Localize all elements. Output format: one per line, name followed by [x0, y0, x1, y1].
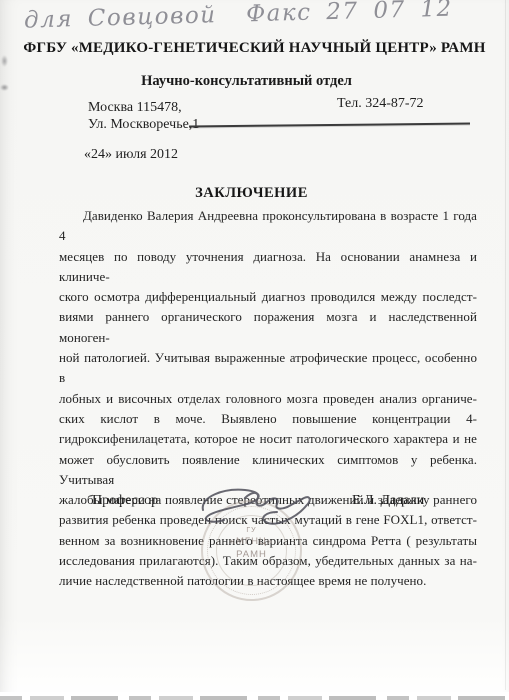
address-line-1: Москва 115478, — [88, 100, 199, 117]
scan-smudge — [0, 84, 9, 91]
body-line: лобных и височных отделах головного мозг… — [59, 389, 477, 409]
body-line: Давиденко Валерия Андреевна проконсульти… — [59, 206, 477, 247]
body-line: виями раннего органического поражения мо… — [59, 307, 477, 348]
signature-flourish — [193, 484, 318, 538]
body-line: ских кислот в моче. Выявлено повышение к… — [59, 409, 477, 429]
body-line: ной патологией. Учитывая выраженные атро… — [59, 348, 477, 389]
scan-bottom-artifacts — [0, 696, 509, 700]
organization-title: ФГБУ «МЕДИКО-ГЕНЕТИЧЕСКИЙ НАУЧНЫЙ ЦЕНТР»… — [0, 40, 509, 57]
department-title: Научно-консультативный отдел — [0, 73, 493, 90]
handwritten-note: для Совцовой Факс 27 07 12 — [24, 0, 425, 34]
scan-bottom-strip — [0, 692, 509, 700]
signatory-name: Е.Л. Дадали — [352, 493, 424, 509]
body-line: ского осмотра дифференциальный диагноз п… — [59, 287, 477, 307]
document-title: ЗАКЛЮЧЕНИЕ — [0, 185, 503, 202]
body-line: месяцев по поводу уточнения диагноза. На… — [59, 247, 477, 288]
address-line-2: Ул. Москворечье,1 — [88, 117, 199, 134]
scan-smudge — [1, 55, 8, 67]
phone-number: Тел. 324-87-72 — [337, 96, 424, 112]
document-date: «24» июля 2012 — [84, 147, 178, 163]
scan-edge-line — [505, 0, 506, 690]
address-block: Москва 115478, Ул. Москворечье,1 — [88, 100, 199, 133]
scanned-document-page: для Совцовой Факс 27 07 12 ФГБУ «МЕДИКО-… — [0, 0, 509, 700]
professor-label: Профессор — [92, 493, 158, 509]
body-line: гидроксифенилацетата, которое не носит п… — [59, 429, 477, 449]
stamp-text-line: РАМН — [203, 548, 300, 561]
header-divider — [189, 123, 470, 128]
